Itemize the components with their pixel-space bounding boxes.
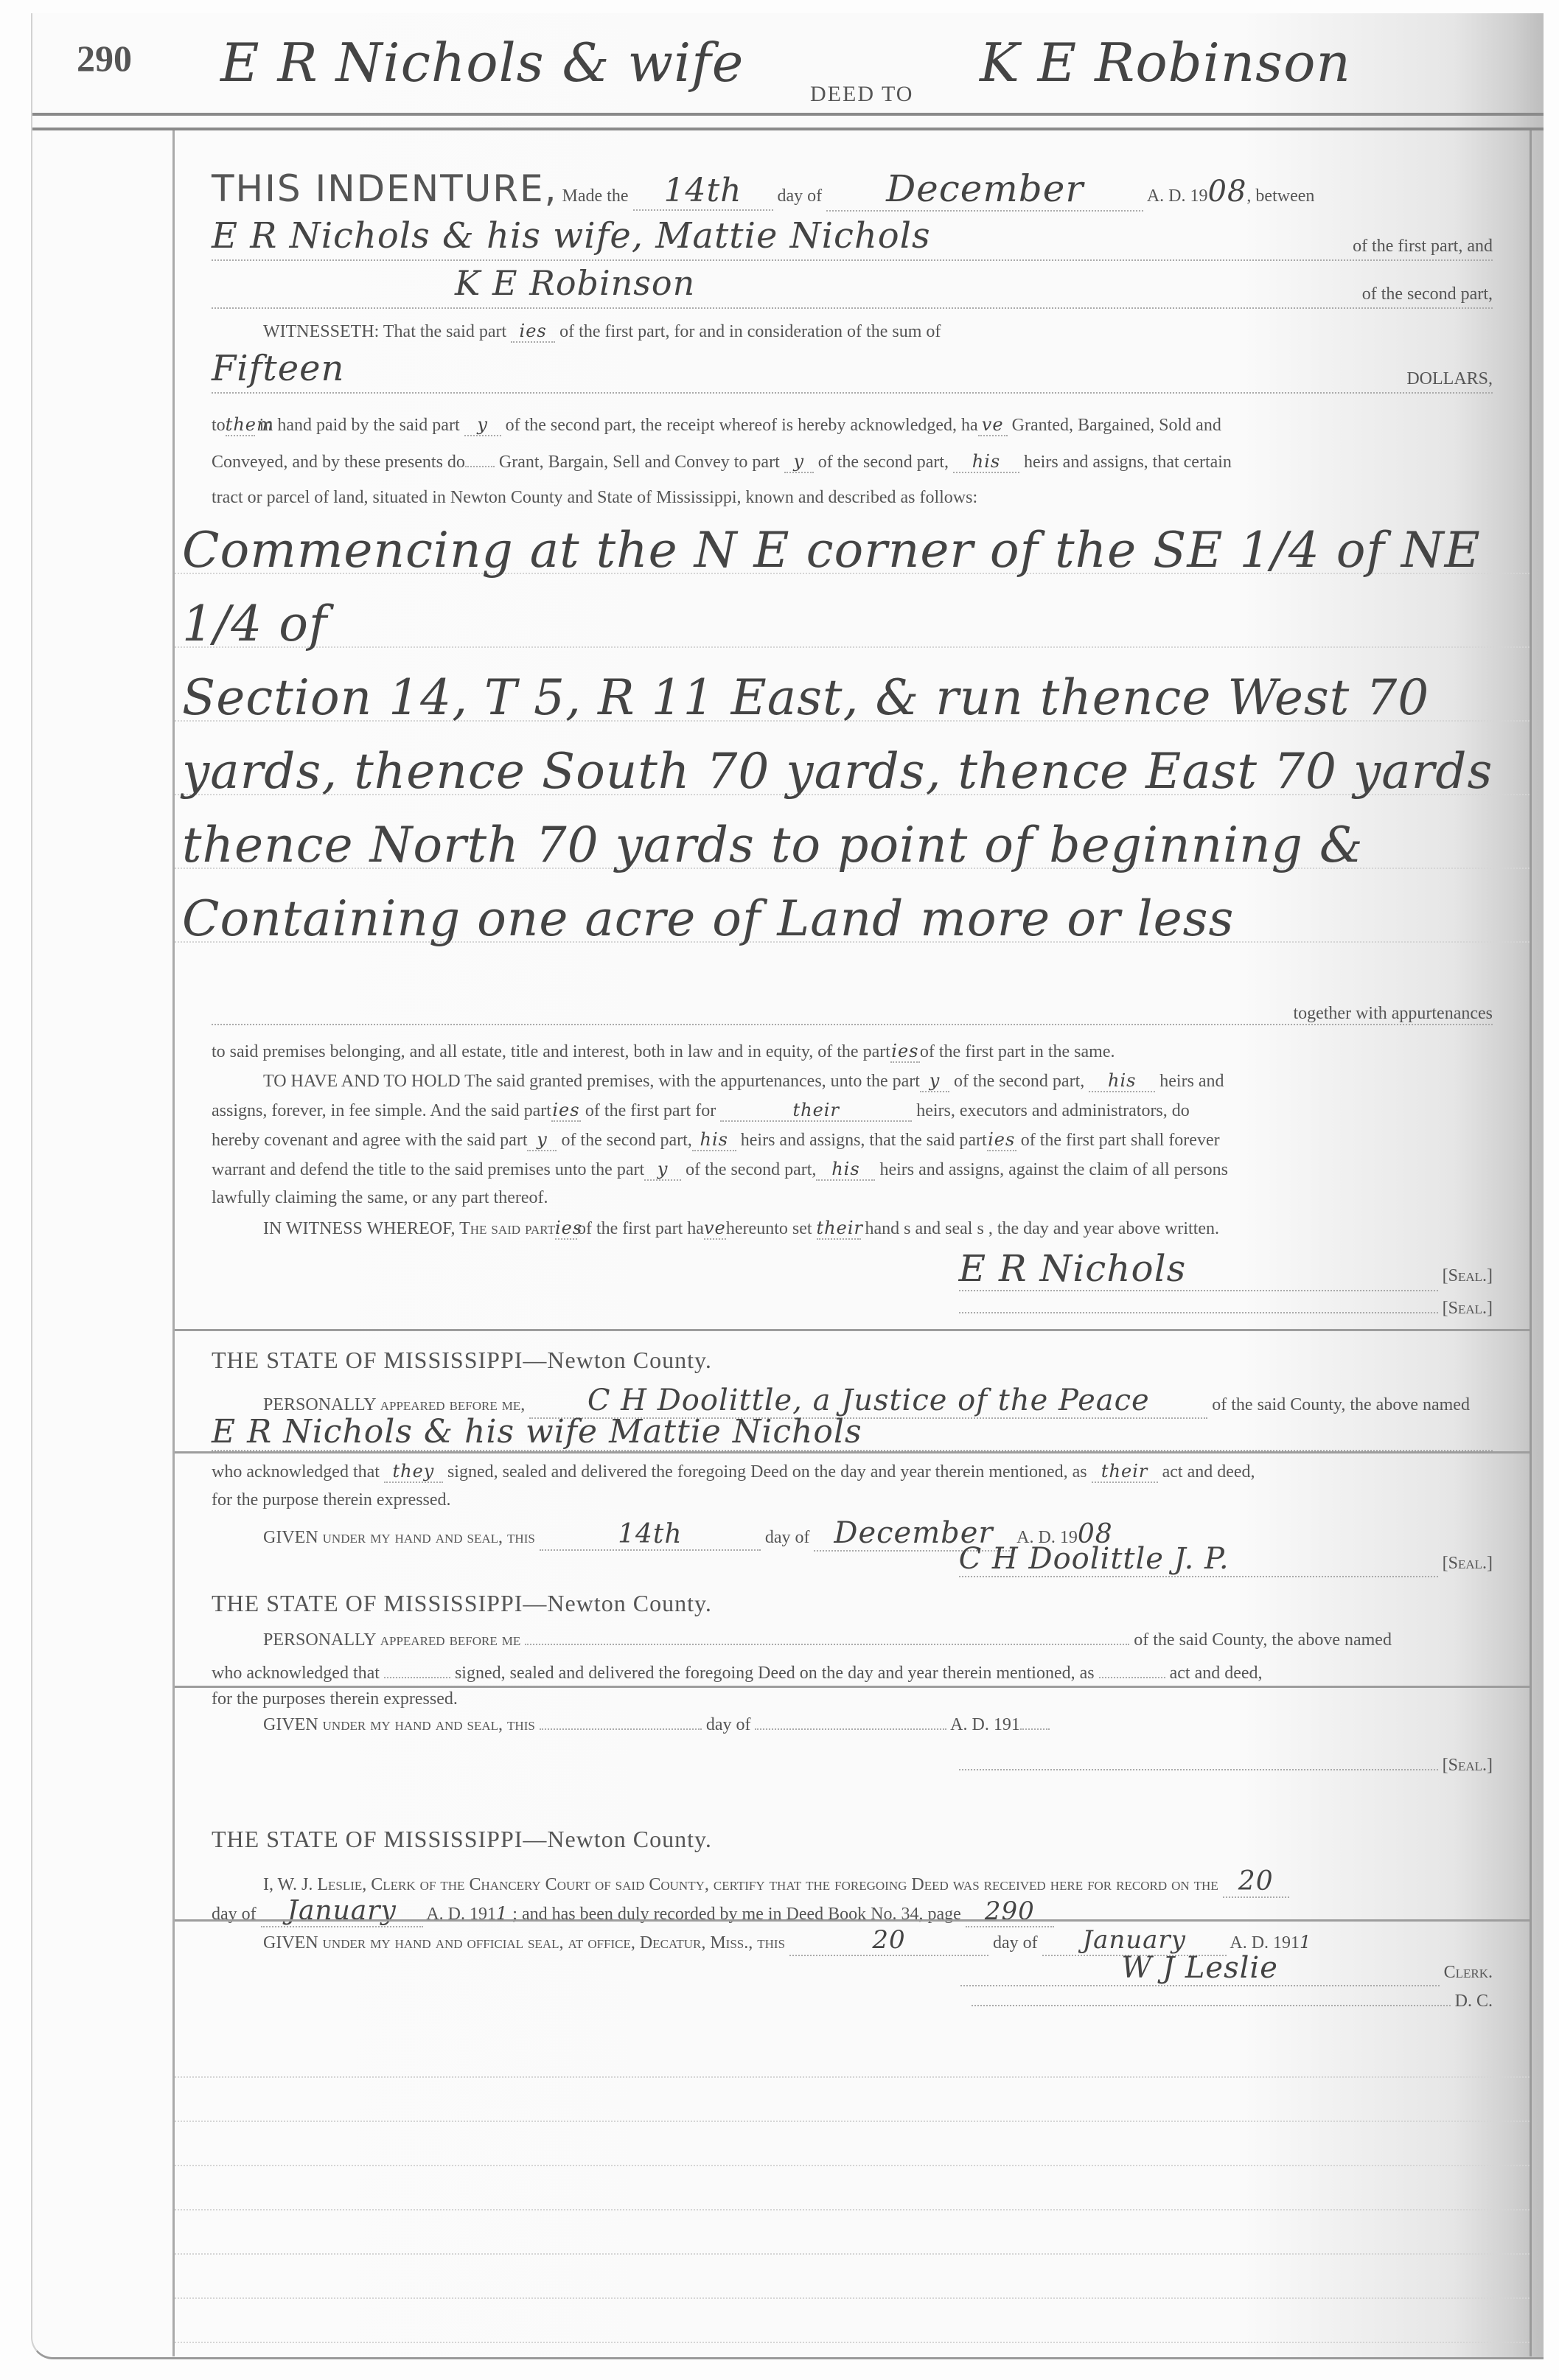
description-line: Containing one acre of Land more or less [182,882,1524,956]
ack1-who-fill-1: they [384,1461,443,1483]
section-divider [175,1919,1530,1922]
second-signature-line: [Seal.] [212,1299,1493,1319]
ad-label: A. D. 19 [1147,186,1208,206]
recording-given-year: 1 [1300,1932,1311,1952]
indenture-line: THIS INDENTURE, Made the 14th day of Dec… [212,167,1493,212]
covenant-fill-3: ies [987,1129,1016,1151]
in-witness-fill-2: ve [704,1218,726,1240]
ack1-who-line: who acknowledged that they signed, seale… [212,1461,1493,1483]
page-number: 290 [77,37,132,80]
have-hold-text-c: of the second part, [954,1072,1084,1091]
clerk-label: Clerk. [1444,1963,1493,1982]
recording-received-month: January [261,1896,423,1927]
ack1-who-b: signed, sealed and delivered the foregoi… [447,1462,1087,1482]
deed-record-page: 290 E R Nichols & wife DEED TO K E Robin… [31,13,1544,2359]
ack2-who-line: who acknowledged that signed, sealed and… [212,1664,1493,1683]
ack1-who-a: who acknowledged that [212,1462,380,1482]
convey-text-c: of the second part, [818,453,949,472]
warrant-text-a: warrant and defend the title to the said… [212,1160,644,1179]
recording-given-text: GIVEN under my hand and official seal, a… [263,1933,785,1952]
deputy-clerk-label: D. C. [1455,1992,1493,2011]
in-witness-text-d: hand s and seal s , the day and year abo… [865,1219,1220,1238]
estate-line: to said premises belonging, and all esta… [212,1041,1493,1063]
ack1-named-line: E R Nichols & his wife Mattie Nichols [212,1413,1493,1451]
deed-to-label: DEED TO [810,82,913,107]
seal-2: [Seal.] [1443,1299,1493,1318]
convey-fill-2: his [953,451,1019,473]
covenant-text-c: heirs and assigns, that the said part [741,1131,987,1150]
ruled-line [175,2209,1530,2210]
first-party-name: E R Nichols & his wife, Mattie Nichols [212,215,931,257]
lawfully-line: lawfully claiming the same, or any part … [212,1188,1493,1208]
recording-line-1: I, W. J. Leslie, Clerk of the Chancery C… [212,1866,1493,1898]
ack2-signature-line: [Seal.] [212,1756,1493,1776]
ruled-line [175,2076,1530,2078]
ack2-month-blank [755,1728,946,1730]
receipt-text-c: Granted, Bargained, Sold and [1012,416,1221,435]
have-hold-label: TO HAVE AND TO HOLD [263,1072,461,1091]
ack1-of-county: of the said County, the above named [1212,1395,1470,1414]
have-hold-fill-1: y [920,1070,949,1092]
ruled-line [175,2121,1530,2122]
convey-fill-1: y [784,451,814,473]
description-line: Commencing at the N E corner of the SE 1… [182,514,1524,661]
fee-simple-fill-2: their [720,1100,912,1122]
second-signature-blank [959,1312,1438,1313]
warrant-text-b: of the second part, [686,1160,816,1179]
fee-simple-line: assigns, forever, in fee simple. And the… [212,1100,1493,1122]
between-label: , between [1246,186,1314,206]
covenant-text-b: of the second part, [561,1131,691,1150]
clerk-signature-line: W J Leslie Clerk. [212,1951,1493,1986]
estate-fill: ies [890,1041,920,1063]
in-witness-text-b: of the first part ha [577,1219,704,1238]
dollars-label: DOLLARS, [1406,369,1493,389]
deed-heading: E R Nichols & wife DEED TO K E Robinson [220,32,1473,115]
have-hold-text-d: heirs and [1159,1072,1224,1091]
description-line: Section 14, T 5, R 11 East, & run thence… [182,661,1524,735]
grantor-signature-line: E R Nichols [Seal.] [212,1247,1493,1291]
deputy-clerk-line: D. C. [212,1992,1493,2011]
receipt-to: to [212,416,226,435]
ack2-seal: [Seal.] [1443,1756,1493,1775]
day-of-label: day of [778,186,823,206]
fee-simple-fill-1: ies [551,1100,581,1122]
ack2-personally: PERSONALLY appeared before me [263,1630,520,1650]
covenant-fill-1: y [527,1129,557,1151]
convey-text-d: heirs and assigns, that certain [1024,453,1232,472]
second-party-name: K E Robinson [455,263,695,303]
ack2-personally-line: PERSONALLY appeared before me of the sai… [212,1630,1493,1650]
indenture-month: December [826,167,1143,212]
covenant-text-d: of the first part shall forever [1021,1131,1220,1150]
ack2-title: THE STATE OF MISSISSIPPI—Newton County. [212,1590,1493,1617]
second-party-suffix: of the second part, [1362,285,1493,304]
ruled-line [175,2342,1530,2343]
seal-1: [Seal.] [1443,1266,1493,1285]
amount-line: Fifteen DOLLARS, [212,348,1493,394]
witnesseth-text: WITNESSETH: That the said part [263,322,506,341]
ruled-line [175,2253,1530,2255]
indenture-title: THIS INDENTURE, [212,167,558,210]
witnesseth-fill: ies [511,321,555,343]
in-witness-fill-3: their [817,1218,861,1240]
ack2-who-b: signed, sealed and delivered the foregoi… [455,1664,1095,1683]
section-divider [175,1329,1530,1331]
first-party-suffix: of the first part, and [1353,237,1493,257]
tract-line: tract or parcel of land, situated in New… [212,488,1493,508]
ack1-title: THE STATE OF MISSISSIPPI—Newton County. [212,1347,1493,1374]
ack2-who-a: who acknowledged that [212,1664,380,1683]
ack2-purpose: for the purposes therein expressed. [212,1689,1493,1709]
have-hold-text: The said granted premises, with the appu… [464,1072,920,1091]
ack2-of-county: of the said County, the above named [1134,1630,1392,1650]
ack2-who-blank-2 [1099,1677,1165,1678]
recording-page-number: 290 [966,1896,1054,1927]
ack2-who-c: act and deed, [1170,1664,1263,1683]
ack1-signature-line: C H Doolittle J. P. [Seal.] [212,1542,1493,1577]
ack2-day-of: day of [706,1715,751,1734]
deed-form-box: THIS INDENTURE, Made the 14th day of Dec… [172,130,1532,2356]
ruled-line [175,2297,1530,2299]
ack2-ad: A. D. 191 [950,1715,1020,1734]
convey-line: Conveyed, and by these presents do Grant… [212,451,1493,473]
covenant-text-a: hereby covenant and agree with the said … [212,1131,527,1150]
made-the-label: Made the [562,186,629,206]
recording-text-1: I, W. J. Leslie, Clerk of the Chancery C… [263,1875,1218,1894]
convey-text-a: Conveyed, and by these presents do [212,453,465,472]
have-hold-fill-2: his [1089,1070,1155,1092]
estate-text: to said premises belonging, and all esta… [212,1042,890,1061]
warrant-fill-2: his [816,1159,875,1181]
grantor-signature: E R Nichols [959,1247,1438,1291]
receipt-text-a: in hand paid by the said part [259,416,460,435]
indenture-year: 08 [1208,175,1247,209]
warrant-line: warrant and defend the title to the said… [212,1159,1493,1181]
ack1-personally: PERSONALLY appeared before me, [263,1395,525,1414]
ack1-seal: [Seal.] [1443,1554,1493,1573]
appurtenances-line: together with appurtenances [212,1004,1493,1025]
covenant-line: hereby covenant and agree with the said … [212,1129,1493,1151]
receipt-fill-2: y [464,414,501,436]
fee-simple-text-c: heirs, executors and administrators, do [916,1101,1190,1120]
ack1-signature: C H Doolittle J. P. [959,1542,1438,1577]
in-witness-line: IN WITNESS WHEREOF, The said partiesof t… [212,1218,1493,1240]
ack2-given: GIVEN under my hand and seal, this [263,1715,535,1734]
indenture-day: 14th [633,172,773,211]
section-divider [175,1451,1530,1454]
in-witness-fill-1: ies [555,1218,577,1240]
ack1-who-c: act and deed, [1162,1462,1255,1482]
header-rule-top [32,113,1544,116]
estate-end: of the first part in the same. [920,1042,1115,1061]
consideration-amount: Fifteen [212,348,344,389]
description-line: yards, thence South 70 yards, thence Eas… [182,735,1524,809]
fee-simple-text-a: assigns, forever, in fee simple. And the… [212,1101,551,1120]
ack2-given-line: GIVEN under my hand and seal, this day o… [212,1715,1493,1735]
deputy-clerk-blank [972,2005,1451,2006]
in-witness-text-c: hereunto set [726,1219,812,1238]
receipt-line: tothem in hand paid by the said part y o… [212,414,1493,436]
land-description: Commencing at the N E corner of the SE 1… [182,514,1524,956]
ack2-officer-blank [525,1644,1129,1645]
receipt-fill-1: them [226,414,255,436]
convey-text-b: Grant, Bargain, Sell and Convey to part [499,453,780,472]
section-divider [175,1686,1530,1688]
witnesseth-rest: of the first part, for and in considerat… [559,322,941,341]
ack2-day-blank [540,1728,702,1730]
ack2-who-blank-1 [384,1677,450,1678]
convey-blank [465,466,495,467]
covenant-fill-2: his [692,1129,736,1151]
warrant-fill-1: y [644,1159,681,1181]
ack2-year-blank [1020,1728,1050,1730]
ack2-signature-blank [959,1769,1438,1770]
ack1-named: E R Nichols & his wife Mattie Nichols [212,1413,862,1451]
first-party-line: E R Nichols & his wife, Mattie Nichols o… [212,215,1493,261]
recording-line-2: day of January A. D. 1911 ; and has been… [212,1896,1493,1927]
receipt-text-b: of the second part, the receipt whereof … [506,416,978,435]
ack1-who-fill-2: their [1092,1461,1158,1483]
description-line: thence North 70 yards to point of beginn… [182,809,1524,882]
fee-simple-text-b: of the first part for [585,1101,716,1120]
in-witness-text-a: IN WITNESS WHEREOF, The said part [263,1219,555,1238]
recording-given-ad: A. D. 191 [1230,1933,1300,1952]
recording-title: THE STATE OF MISSISSIPPI—Newton County. [212,1826,1493,1853]
ack1-purpose: for the purpose therein expressed. [212,1490,1493,1510]
heading-grantor: E R Nichols & wife [220,32,744,94]
heading-grantee: K E Robinson [980,32,1351,94]
ruled-line [175,2165,1530,2166]
receipt-fill-3: ve [978,414,1008,436]
have-hold-line: TO HAVE AND TO HOLD The said granted pre… [212,1070,1493,1092]
warrant-text-c: heirs and assigns, against the claim of … [879,1160,1228,1179]
second-party-line: K E Robinson of the second part, [212,263,1493,309]
witnesseth-line: WITNESSETH: That the said part ies of th… [212,321,1493,343]
recording-given-day-of: day of [993,1933,1038,1952]
recording-received-day: 20 [1223,1866,1289,1898]
clerk-signature: W J Leslie [960,1951,1440,1986]
